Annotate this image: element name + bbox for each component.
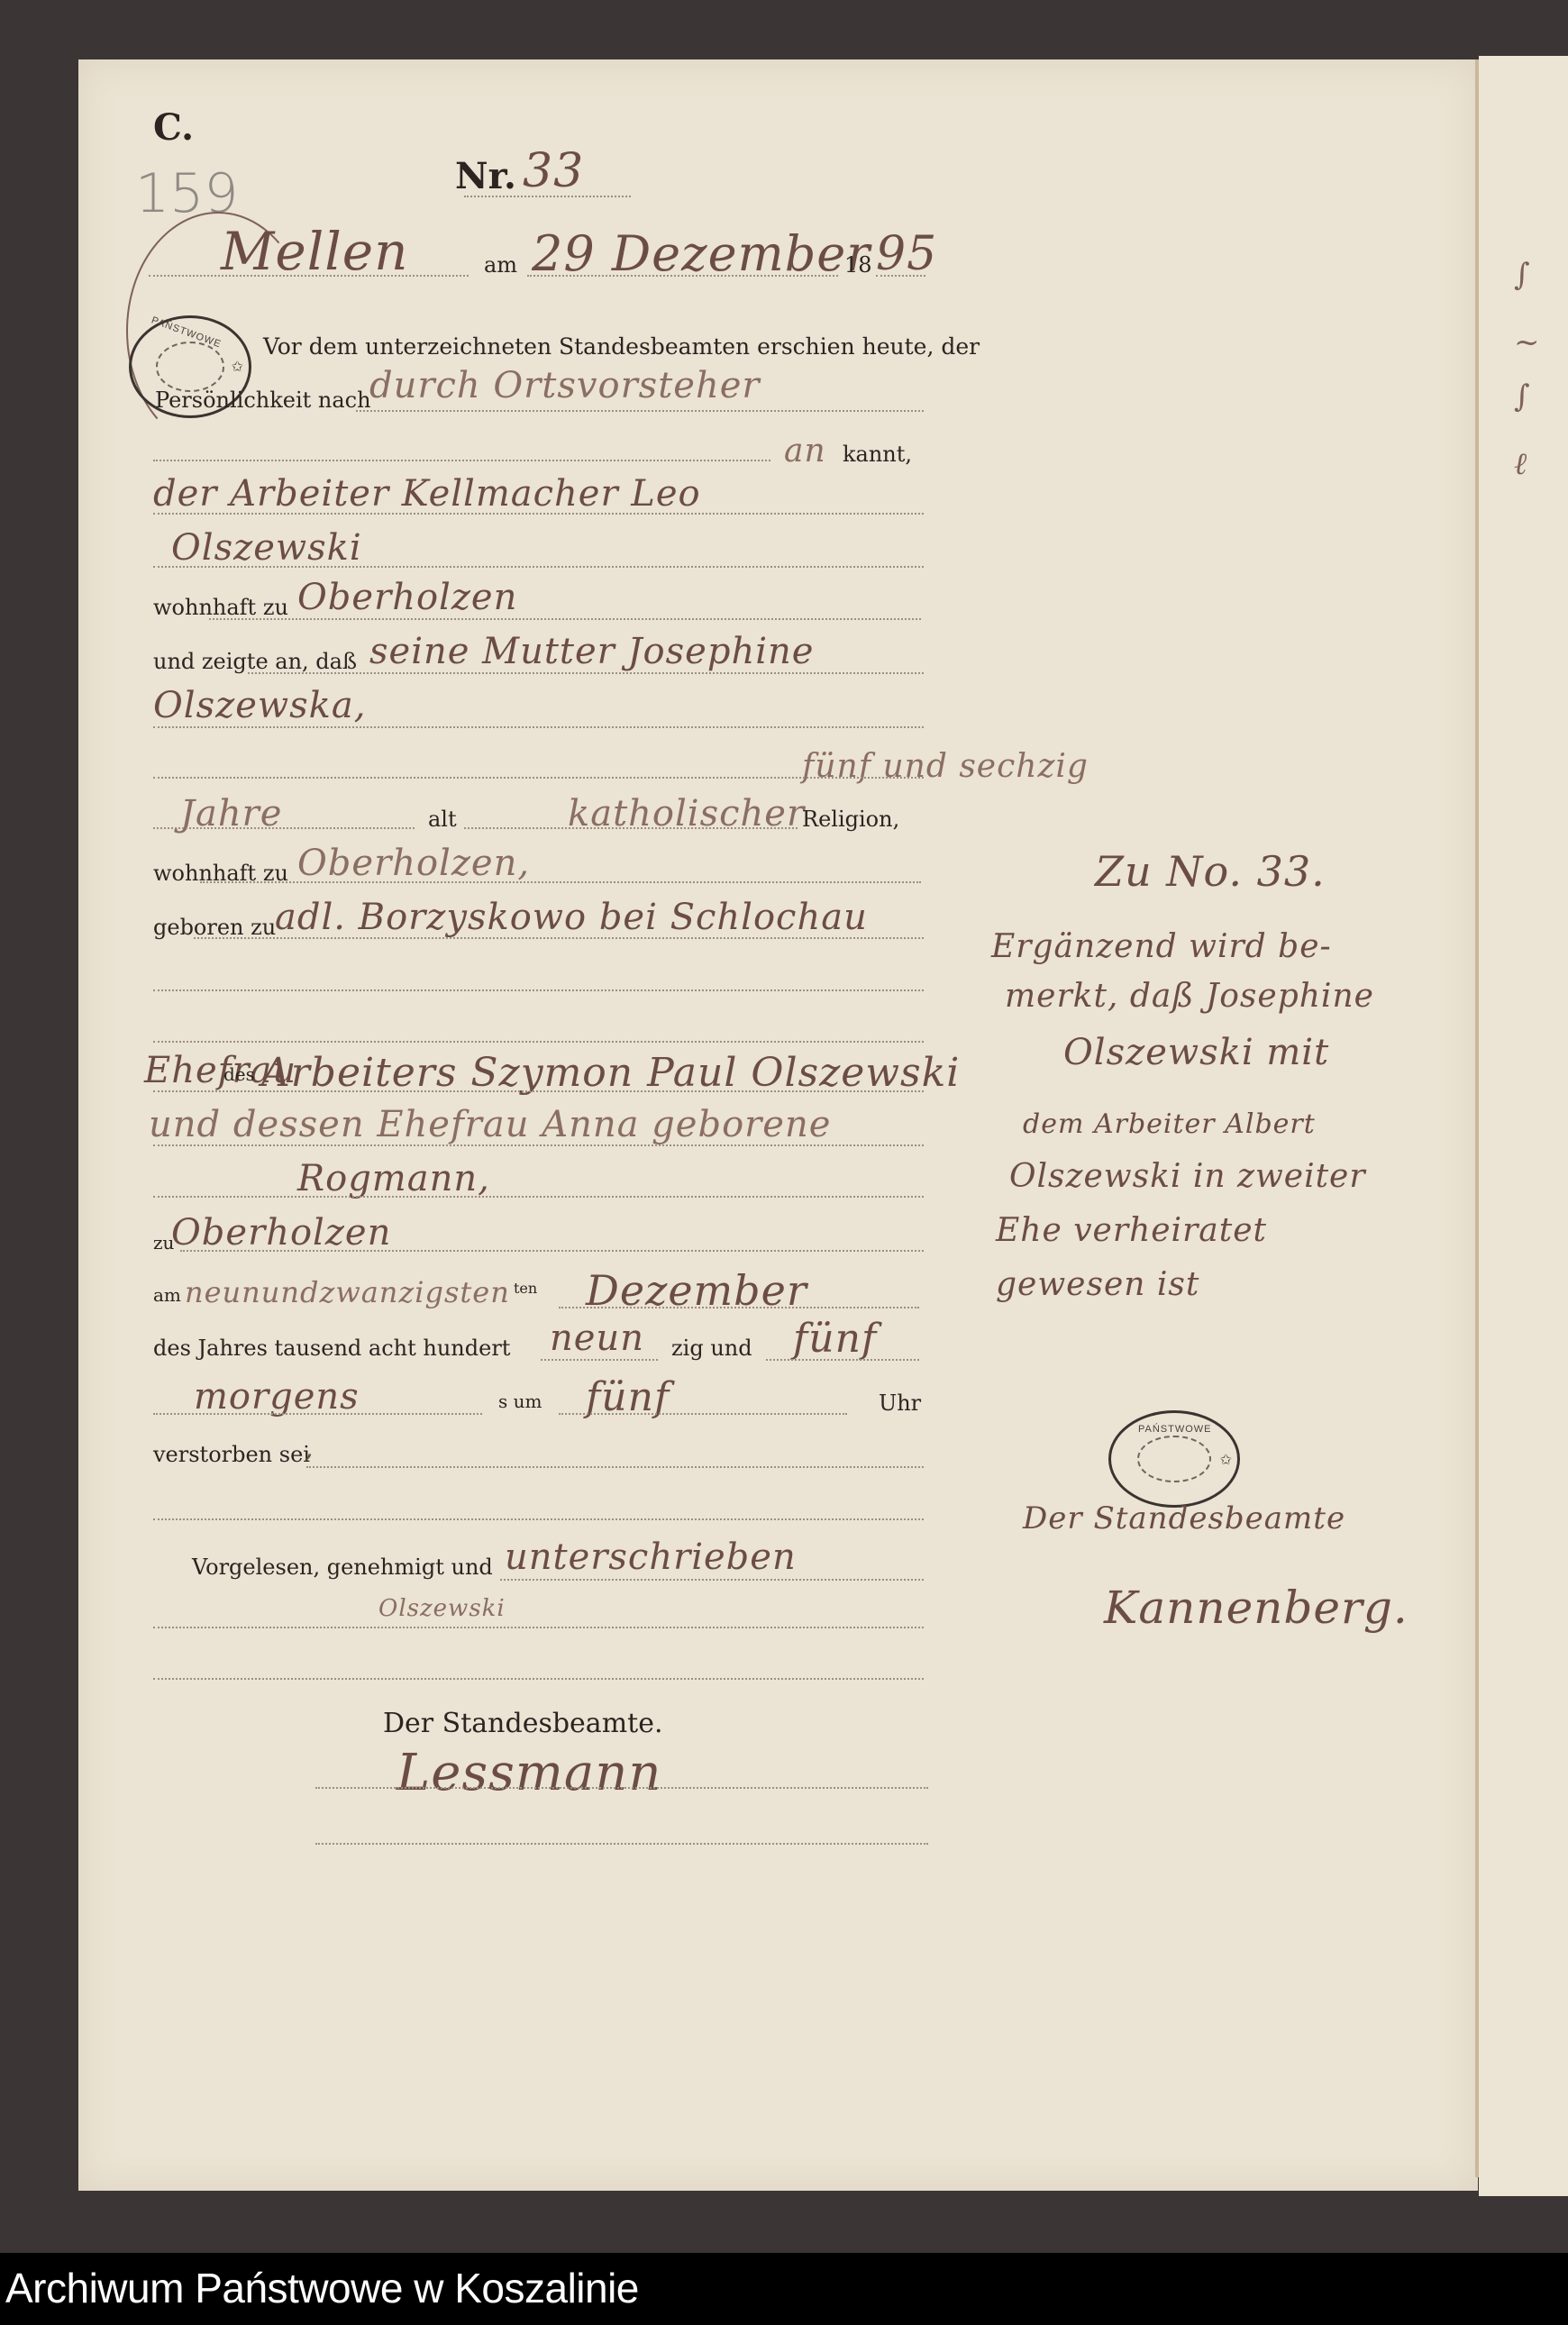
wohnhaft-value-2: Oberholzen, [297,843,530,884]
dotted-line [876,275,925,277]
kannt-prefix: an [784,433,826,470]
vorgelesen-value: unterschrieben [505,1536,797,1578]
dotted-line [153,1090,924,1092]
intro-text: Vor dem unterzeichneten Standesbeamten e… [263,333,980,360]
dotted-line [153,1413,482,1415]
dotted-line [200,881,921,883]
registrar-signature: Lessmann [397,1744,661,1802]
am-label: am [484,252,517,278]
zu-value: Oberholzen [171,1212,391,1254]
jahres-label: des Jahres tausend acht hundert [153,1336,510,1361]
decade-value: neun [550,1317,644,1359]
facing-page-handwriting: ∫ [1514,378,1530,415]
parents-des-label: des [223,1063,255,1085]
dotted-line [541,1359,658,1361]
dotted-line [153,1144,924,1146]
alt-label: alt [428,807,457,832]
kannt-label: kannt, [843,442,912,467]
facing-page-handwriting: ℓ [1514,446,1527,482]
dotted-line [527,275,838,277]
zig-und-label: zig und [671,1336,752,1361]
dotted-line [153,1518,924,1520]
form-letter: C. [153,106,194,149]
wohnhaft-value-1: Oberholzen [297,577,517,618]
dotted-line [153,1196,924,1198]
dotted-line [766,1359,919,1361]
dotted-line [153,460,770,461]
zeigte-label: und zeigte an, daß [153,649,357,674]
dotted-line [464,196,631,197]
registration-date: 29 Dezember [532,225,871,282]
wohnhaft-label-1: wohnhaft zu [153,595,288,620]
registrar-label: Der Standesbeamte. [383,1708,663,1739]
uhr-label: Uhr [879,1390,921,1416]
dotted-line [149,275,469,277]
margin-note-line-5: Olszewski in zweiter [1009,1158,1366,1195]
deceased-line-1: seine Mutter Josephine [369,631,814,672]
parents-line-3: Rogmann, [297,1158,490,1199]
dotted-line [209,618,921,620]
dotted-line [153,1041,924,1043]
place-value: Mellen [221,221,409,282]
dotted-line [153,777,924,779]
margin-note-closing: Der Standesbeamte [1023,1500,1345,1536]
age-value: fünf und sechzig [802,748,1089,785]
archive-caption: Archiwum Państwowe w Koszalinie [5,2264,639,2312]
deceased-line-2: Olszewska, [153,685,366,726]
am-label-death: am [153,1284,181,1306]
margin-note-line-2: merkt, daß Josephine [1005,978,1374,1015]
dotted-line [153,566,924,568]
record-number-label: Nr. [455,155,516,197]
facing-page-edge [1479,56,1568,2196]
parents-line-2: und dessen Ehefrau Anna geborene [149,1104,831,1145]
dotted-line [153,726,924,728]
religion-label: Religion, [802,807,899,832]
margin-note-line-7: gewesen ist [996,1266,1199,1303]
vorgelesen-label: Vorgelesen, genehmigt und [192,1555,493,1580]
dotted-line [153,989,924,991]
geboren-label: geboren zu [153,915,276,940]
margin-note-heading: Zu No. 33. [1095,847,1326,896]
geboren-value: adl. Borzyskowo bei Schlochau [275,897,868,938]
year-prefix: 18 [844,252,872,278]
dotted-line [500,1579,924,1581]
dotted-line [153,513,924,515]
archive-stamp-margin: PAŃSTWOWE ✩ [1108,1410,1240,1508]
dotted-line [194,937,924,939]
dotted-line [153,827,415,829]
informant-line-1: der Arbeiter Kellmacher Leo [153,473,701,515]
year-suffix: 95 [876,227,937,281]
margin-note-line-1: Ergänzend wird be- [991,928,1332,965]
dotted-line [315,1843,928,1845]
unit-value: fünf [793,1316,877,1362]
ten-label: ten [514,1280,537,1297]
margin-note-signature: Kannenberg. [1104,1582,1408,1634]
informant-signature: Olszewski [378,1595,506,1622]
facing-page-handwriting: ∫ [1514,257,1530,293]
time-of-day: morgens [194,1376,360,1418]
dotted-line [559,1307,919,1308]
dotted-line [315,1787,928,1789]
persoenlichkeit-label: Persönlichkeit nach [155,387,371,413]
dotted-line [153,1627,924,1628]
margin-note-line-3: Olszewski mit [1063,1032,1329,1073]
dotted-line [153,1678,924,1680]
verstorben-label: verstorben sei [153,1442,310,1467]
dotted-line [356,410,924,412]
margin-note-line-6: Ehe verheiratet [996,1212,1267,1249]
dotted-line [464,827,798,829]
record-number-value: 33 [523,144,584,198]
parents-line-1: Arbeiters Szymon Paul Olszewski [261,1050,960,1096]
facing-page-handwriting: ~ [1514,324,1540,360]
dotted-line [248,672,924,674]
death-day: neunundzwanzigsten [185,1275,510,1309]
dotted-line [559,1413,847,1415]
dotted-line [180,1250,924,1252]
informant-line-2: Olszewski [171,527,362,569]
margin-note-line-4: dem Arbeiter Albert [1023,1108,1316,1140]
s-um-label: s um [498,1390,542,1412]
dotted-line [306,1466,924,1468]
page-fold [1475,59,1479,2177]
persoenlichkeit-value: durch Ortsvorsteher [369,365,761,406]
verstorben-value: , [305,1433,315,1464]
